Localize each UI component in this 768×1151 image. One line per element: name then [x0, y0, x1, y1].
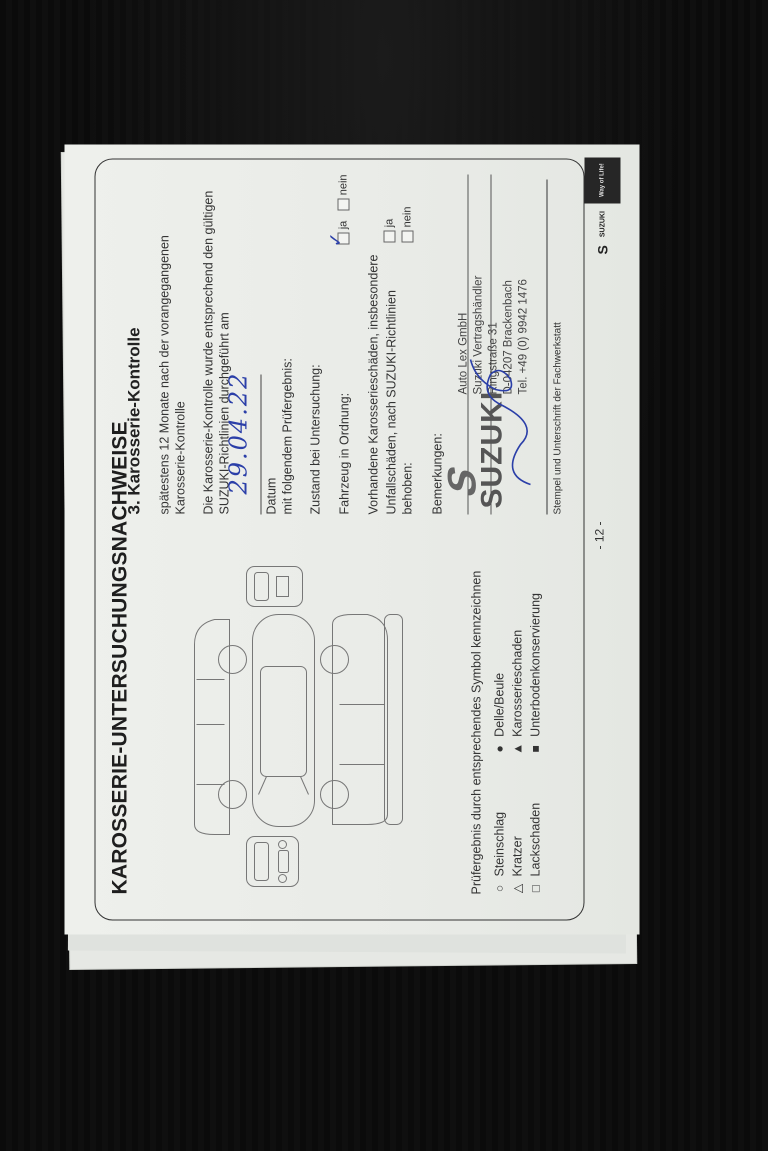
- triangle-filled-icon: ▲: [511, 743, 525, 755]
- legend-item: □Lackschaden: [528, 803, 544, 895]
- checkbox-icon: [338, 198, 350, 210]
- car-side-view-left: [195, 620, 247, 835]
- damage-question-line2: Unfallschäden, nach SUZUKI-Richtlinien b…: [384, 242, 416, 514]
- vehicle-ok-question: Fahrzeug in Ordnung:: [337, 393, 353, 515]
- dealer-stamp: S SUZUKI Auto Lex GmbH Suzuki Vertragshä…: [455, 175, 565, 515]
- checkbox-icon: [384, 230, 396, 242]
- car-top-view: [253, 615, 315, 827]
- legend-item: △Kratzer: [510, 803, 526, 895]
- section-heading: 3. Karosserie-Kontrolle: [127, 175, 143, 515]
- damage-repaired-row: Unfallschäden, nach SUZUKI-Richtlinien b…: [382, 175, 418, 515]
- condition-label: Zustand bei Untersuchung:: [308, 175, 324, 515]
- date-label: Datum: [264, 175, 280, 515]
- section-intro: spätestens 12 Monate nach der vorangegan…: [157, 175, 189, 515]
- page-number: - 12 -: [593, 521, 607, 549]
- circle-filled-icon: ●: [493, 743, 507, 755]
- brand-block: S SUZUKI Way of Life!: [585, 157, 621, 254]
- car-rear-view: [247, 567, 303, 607]
- legend-item: ○Steinschlag: [492, 803, 508, 895]
- signature-caption: Stempel und Unterschrift der Fachwerksta…: [551, 322, 567, 514]
- date-field[interactable]: 29.04.22: [235, 375, 262, 515]
- damage-ja-checkbox[interactable]: ja: [382, 219, 398, 243]
- legend-item: ●Delle/Beule: [492, 593, 508, 755]
- handwritten-signature: [461, 305, 551, 505]
- slogan-badge: Way of Life!: [585, 157, 621, 203]
- handwritten-date: 29.04.22: [231, 372, 247, 495]
- suzuki-logo-icon: S: [595, 245, 611, 254]
- legend-column-right: ●Delle/Beule ▲Karosserieschaden ■Unterbo…: [492, 593, 546, 755]
- damage-nein-checkbox[interactable]: nein: [400, 207, 416, 243]
- damage-question-line1: Vorhandene Karosserieschäden, insbesonde…: [366, 175, 382, 515]
- vehicle-ok-ja-checkbox[interactable]: ✓ ja: [336, 221, 352, 245]
- circle-outline-icon: ○: [493, 883, 507, 895]
- car-diagram: [155, 565, 405, 895]
- car-front-view: [247, 837, 299, 887]
- legend-item: ■Unterbodenkonservierung: [528, 593, 544, 755]
- vehicle-ok-options: ✓ ja nein: [336, 175, 354, 245]
- checkbox-icon: [402, 230, 414, 242]
- car-side-view-right: [321, 615, 388, 825]
- vehicle-ok-nein-checkbox[interactable]: nein: [336, 175, 352, 211]
- document-page: KAROSSERIE-UNTERSUCHUNGSNACHWEISE: [65, 145, 640, 935]
- square-filled-icon: ■: [529, 743, 543, 755]
- result-label: mit folgendem Prüfergebnis:: [280, 175, 296, 515]
- legend: Prüfergebnis durch entsprechendes Symbol…: [470, 555, 546, 895]
- square-outline-icon: □: [529, 883, 543, 895]
- brand-name: SUZUKI: [599, 211, 606, 237]
- legend-item: ▲Karosserieschaden: [510, 593, 526, 755]
- triangle-outline-icon: △: [511, 883, 525, 895]
- signature-line[interactable]: [547, 180, 548, 515]
- legend-column-left: ○Steinschlag △Kratzer □Lackschaden: [492, 803, 546, 895]
- legend-heading: Prüfergebnis durch entsprechendes Symbol…: [470, 555, 484, 895]
- document-page-holder: KAROSSERIE-UNTERSUCHUNGSNACHWEISE: [62, 145, 642, 935]
- inspection-section: 3. Karosserie-Kontrolle spätestens 12 Mo…: [125, 175, 492, 515]
- vehicle-ok-row: Fahrzeug in Ordnung: ✓ ja nein: [336, 175, 354, 515]
- checkbox-checked-icon: ✓: [338, 232, 350, 244]
